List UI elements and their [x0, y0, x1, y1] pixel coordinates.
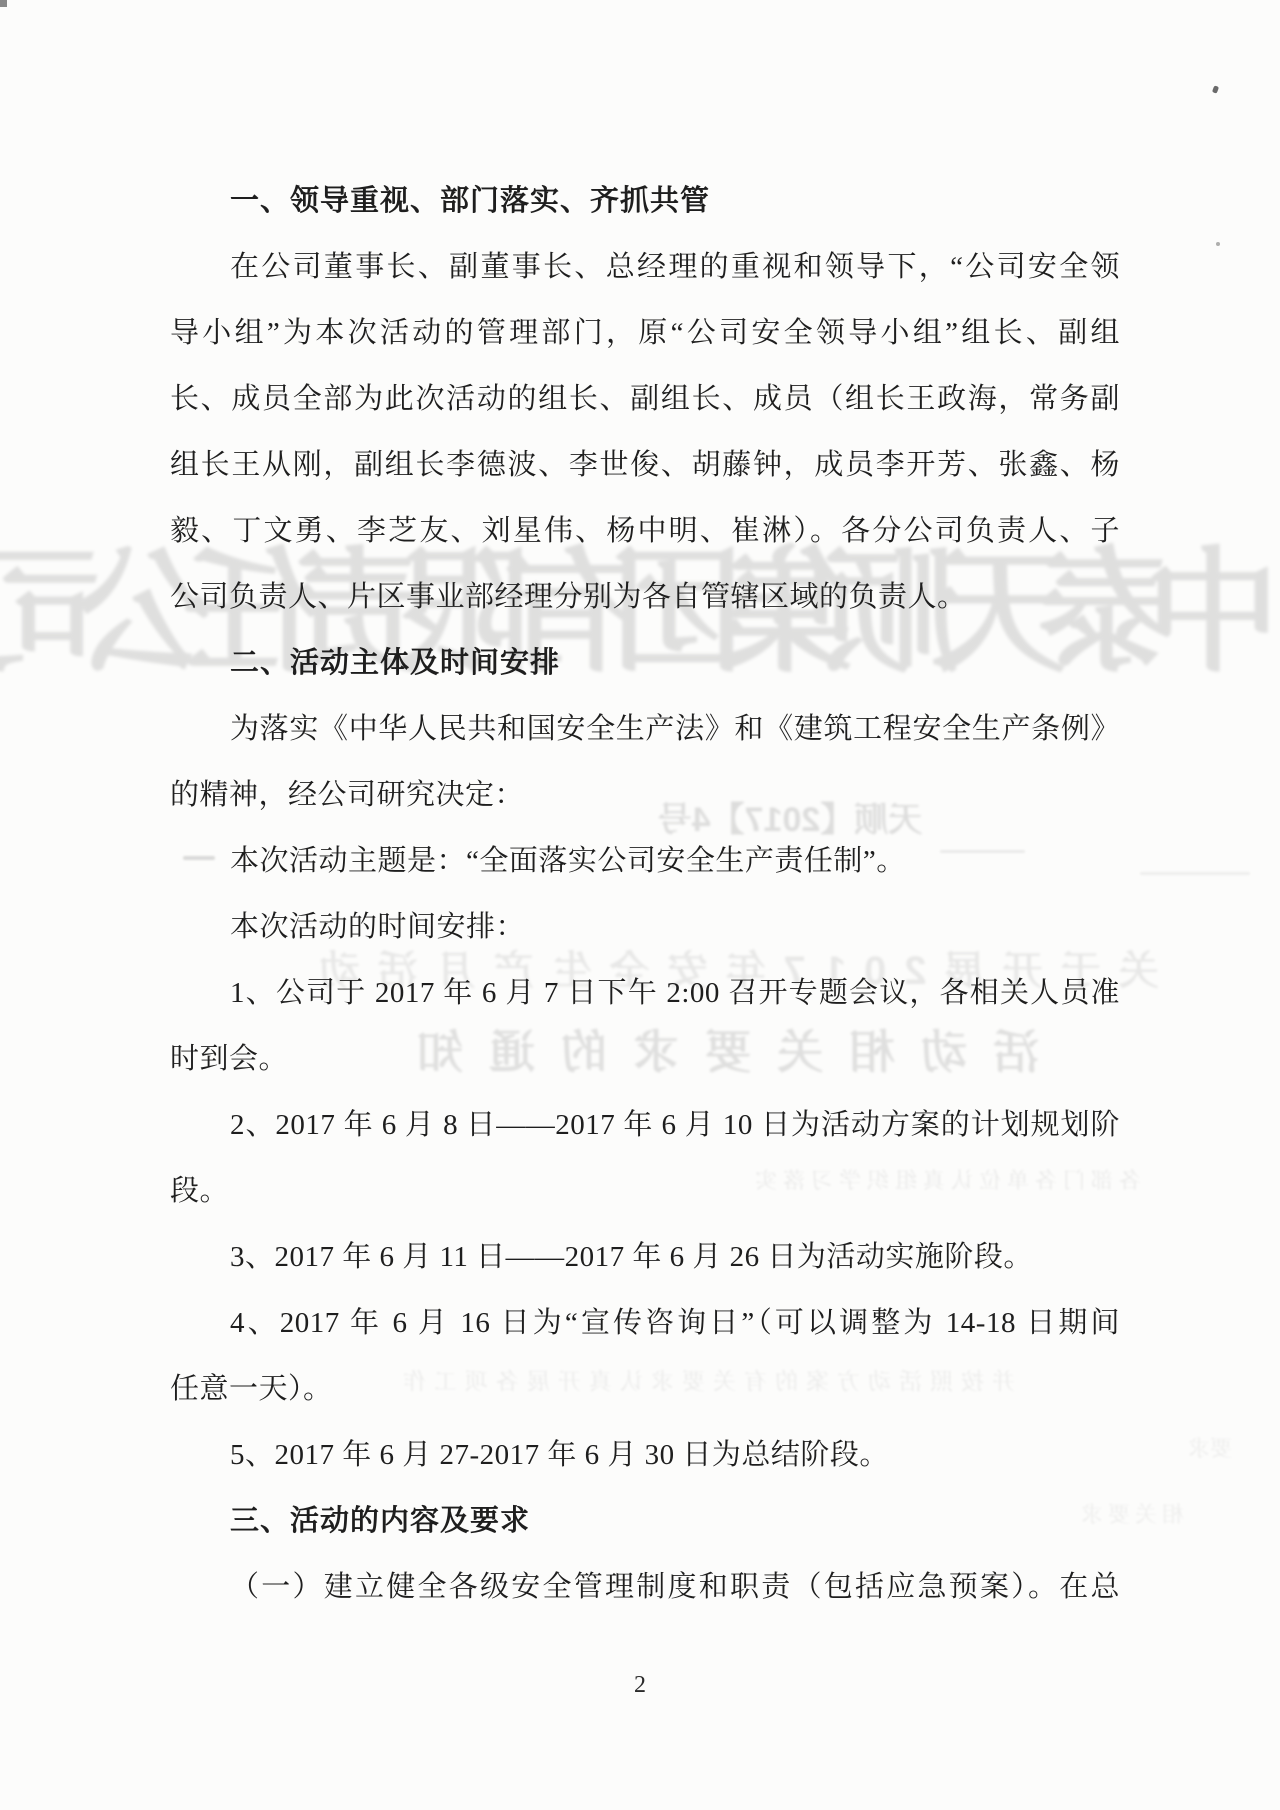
doc-line: 1、公司于 2017 年 6 月 7 日下午 2:00 召开专题会议，各相关人员…	[170, 960, 1120, 1026]
doc-line: 的精神，经公司研究决定：	[170, 762, 1120, 828]
scan-speck	[1216, 242, 1220, 246]
doc-line: 公司负责人、片区事业部经理分别为各自管辖区域的负责人。	[170, 564, 1120, 630]
doc-line: 时到会。	[170, 1026, 1120, 1092]
doc-line: （一）建立健全各级安全管理制度和职责（包括应急预案）。在总	[170, 1554, 1120, 1620]
doc-line: 在公司董事长、副董事长、总经理的重视和领导下，“公司安全领	[170, 234, 1120, 300]
doc-line: 长、成员全部为此次活动的组长、副组长、成员（组长王政海，常务副	[170, 366, 1120, 432]
doc-line: 本次活动的时间安排：	[170, 894, 1120, 960]
section-heading-2: 二、活动主体及时间安排	[170, 630, 1120, 696]
scanned-document-page: 中泰天顺集团有限责任公司 天顺【2017】4号 关于开展2017年安全生产月活动…	[0, 0, 1280, 1810]
doc-line: 5、2017 年 6 月 27-2017 年 6 月 30 日为总结阶段。	[170, 1422, 1120, 1488]
doc-line: 2、2017 年 6 月 8 日——2017 年 6 月 10 日为活动方案的计…	[170, 1092, 1120, 1158]
scan-smudge	[1140, 872, 1250, 875]
doc-line: 组长王从刚，副组长李德波、李世俊、胡藤钟，成员李开芳、张鑫、杨	[170, 432, 1120, 498]
doc-line: 毅、丁文勇、李芝友、刘星伟、杨中明、崔淋）。各分公司负责人、子	[170, 498, 1120, 564]
bleedthrough-row: 要求	[1140, 1436, 1280, 1462]
doc-line: 3、2017 年 6 月 11 日——2017 年 6 月 26 日为活动实施阶…	[170, 1224, 1120, 1290]
section-heading-3: 三、活动的内容及要求	[170, 1488, 1120, 1554]
doc-line: 导小组”为本次活动的管理部门，原“公司安全领导小组”组长、副组	[170, 300, 1120, 366]
doc-line: 为落实《中华人民共和国安全生产法》和《建筑工程安全生产条例》	[170, 696, 1120, 762]
section-heading-1: 一、领导重视、部门落实、齐抓共管	[170, 168, 1120, 234]
scan-corner-mark	[0, 0, 7, 7]
scan-speck	[1212, 85, 1219, 93]
doc-line: 段。	[170, 1158, 1120, 1224]
doc-line: 4、2017 年 6 月 16 日为“宣传咨询日”（可以调整为 14-18 日期…	[170, 1290, 1120, 1356]
document-body: 一、领导重视、部门落实、齐抓共管 在公司董事长、副董事长、总经理的重视和领导下，…	[170, 168, 1120, 1620]
doc-line: 任意一天）。	[170, 1356, 1120, 1422]
doc-line: 本次活动主题是：“全面落实公司安全生产责任制”。	[170, 828, 1120, 894]
page-number: 2	[0, 1672, 1280, 1699]
